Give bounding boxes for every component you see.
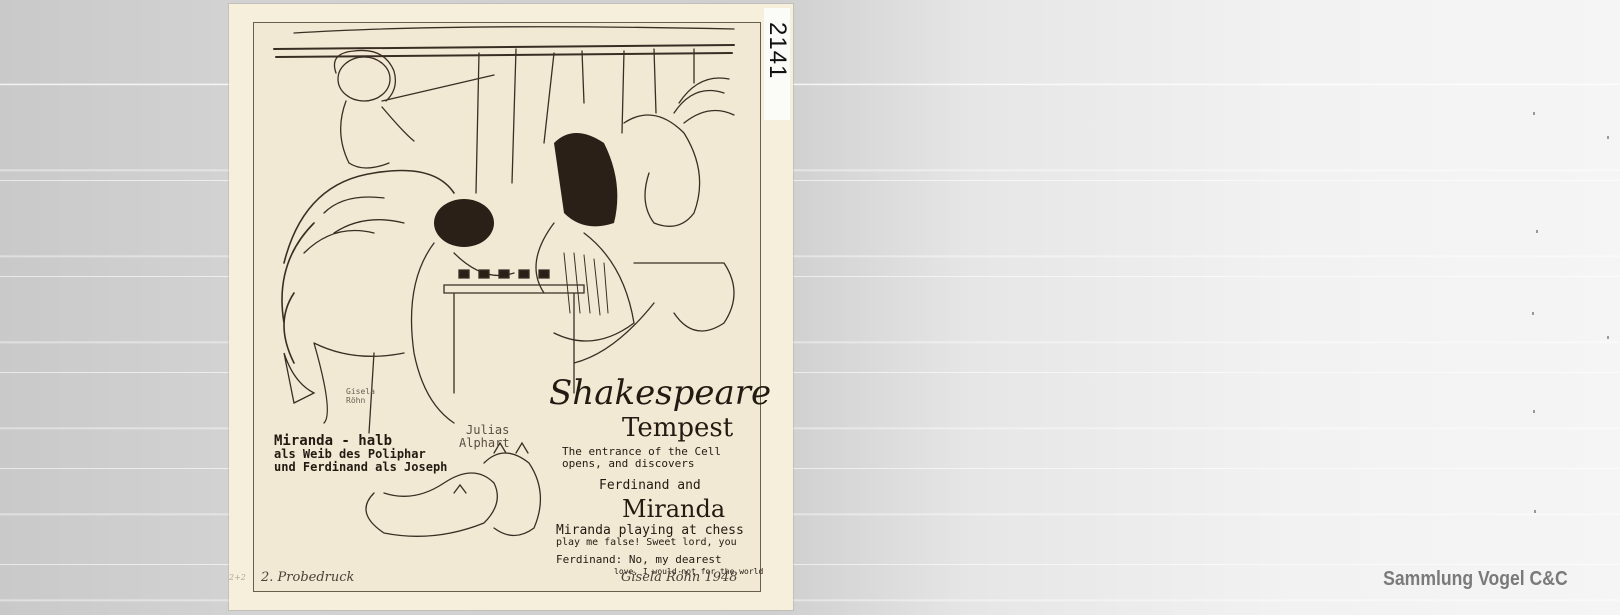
artist-signature: Gisela Röhn 1948 [621, 570, 738, 585]
artwork-sheet: Shakespeare Tempest The entrance of the … [229, 4, 793, 610]
names-ferdinand: Ferdinand and [599, 478, 701, 493]
plate-signature-2: Röhn [346, 396, 365, 405]
dust-speck [1533, 410, 1535, 413]
german-caption-3: und Ferdinand als Joseph [274, 460, 447, 474]
dust-speck [1536, 230, 1538, 233]
plate-title-tempest: Tempest [622, 413, 733, 443]
proof-note: 2. Probedruck [261, 570, 354, 585]
dialogue-2: play me false! Sweet lord, you [556, 537, 737, 548]
etching-plate: Shakespeare Tempest The entrance of the … [253, 22, 761, 592]
dust-speck [1607, 336, 1609, 339]
plate-title-shakespeare: Shakespeare [549, 373, 771, 413]
dust-speck [1534, 510, 1536, 513]
plate-signature-1: Gisela [346, 387, 375, 396]
collection-watermark: Sammlung Vogel C&C [1384, 568, 1568, 591]
inventory-number-label: 2141 [764, 8, 790, 120]
names-miranda: Miranda [622, 495, 725, 523]
dust-speck [1532, 312, 1534, 315]
stage-direction-2: opens, and discovers [562, 457, 694, 470]
dialogue-1: Miranda playing at chess [556, 523, 744, 538]
julias-caption-1: Julias [466, 423, 509, 437]
inventory-number: 2141 [763, 8, 791, 79]
german-caption-2: als Weib des Poliphar [274, 447, 426, 461]
dialogue-3: Ferdinand: No, my dearest [556, 553, 722, 566]
margin-small-mark: 2+2 [229, 573, 246, 582]
dust-speck [1607, 136, 1609, 139]
julias-caption-2: Alphart [459, 436, 510, 450]
dust-speck [1533, 112, 1535, 115]
